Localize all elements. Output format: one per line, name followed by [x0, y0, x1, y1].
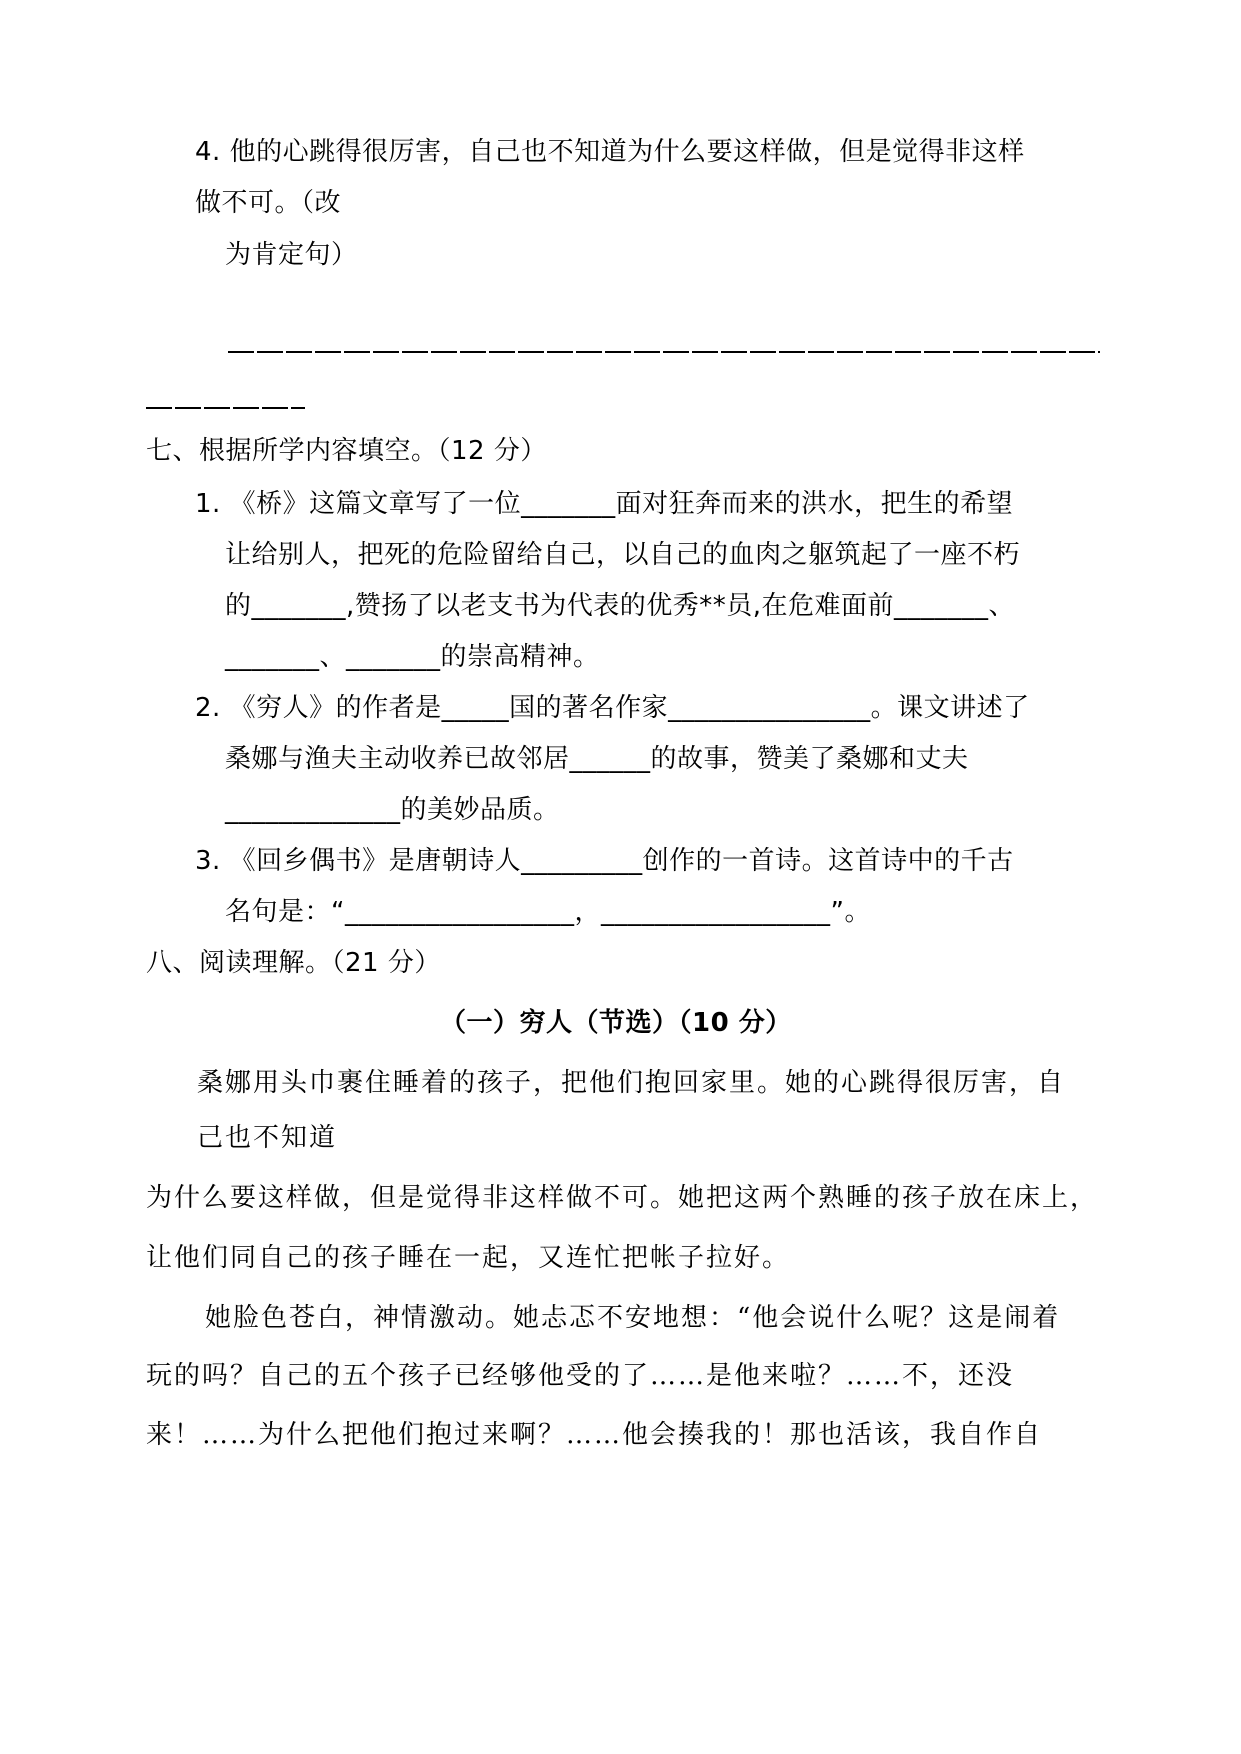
- s7-item-2-line-1: 2. 《穷人》的作者是_____国的著名作家_______________。课文…: [195, 691, 1030, 725]
- s7-item-3-line-2: 名句是：“_________________，_________________…: [225, 895, 871, 929]
- answer-line-1[interactable]: [228, 351, 1100, 353]
- passage-line-5: 她脸色苍白，神情激动。她忐忑不安地想：“他会说什么呢？这是闹着: [205, 1301, 1060, 1335]
- s7-item-2-line-2: 桑娜与渔夫主动收养已故邻居______的故事，赞美了桑娜和丈夫: [225, 742, 969, 776]
- passage-line-1: 桑娜用头巾裹住睡着的孩子，把他们抱回家里。她的心跳得很厉害，自: [197, 1066, 1065, 1100]
- question-4-line-3: 为肯定句）: [225, 238, 358, 272]
- answer-line-2[interactable]: [146, 407, 305, 409]
- passage-subheading: （一）穷人（节选）（10 分）: [440, 1006, 792, 1040]
- s7-item-3-line-1: 3. 《回乡偶书》是唐朝诗人_________创作的一首诗。这首诗中的千古: [195, 844, 1014, 878]
- passage-line-6: 玩的吗？自己的五个孩子已经够他受的了……是他来啦？……不，还没: [146, 1359, 1014, 1393]
- section-7-heading: 七、根据所学内容填空。（12 分）: [146, 434, 547, 468]
- section-8-heading: 八、阅读理解。（21 分）: [146, 946, 441, 980]
- s7-item-1-line-1: 1. 《桥》这篇文章写了一位_______面对狂奔而来的洪水，把生的希望: [195, 487, 1013, 521]
- s7-item-2-line-3: _____________的美妙品质。: [225, 793, 560, 827]
- s7-item-1-line-2: 让给别人，把死的危险留给自己，以自己的血肉之躯筑起了一座不朽: [225, 538, 1020, 572]
- passage-line-4: 让他们同自己的孩子睡在一起，又连忙把帐子拉好。: [146, 1241, 790, 1275]
- question-4-line-2: 做不可。（改: [195, 186, 341, 220]
- passage-line-3: 为什么要这样做，但是觉得非这样做不可。她把这两个熟睡的孩子放在床上，: [146, 1181, 1098, 1215]
- passage-line-2: 己也不知道: [197, 1121, 337, 1155]
- question-4-line-1: 4. 他的心跳得很厉害，自己也不知道为什么要这样做，但是觉得非这样: [195, 135, 1025, 169]
- s7-item-1-line-4: _______、_______的崇高精神。: [225, 640, 600, 674]
- passage-line-7: 来！……为什么把他们抱过来啊？……他会揍我的！那也活该，我自作自: [146, 1418, 1042, 1452]
- s7-item-1-line-3: 的_______,赞扬了以老支书为代表的优秀**员,在危难面前_______、: [225, 589, 1015, 623]
